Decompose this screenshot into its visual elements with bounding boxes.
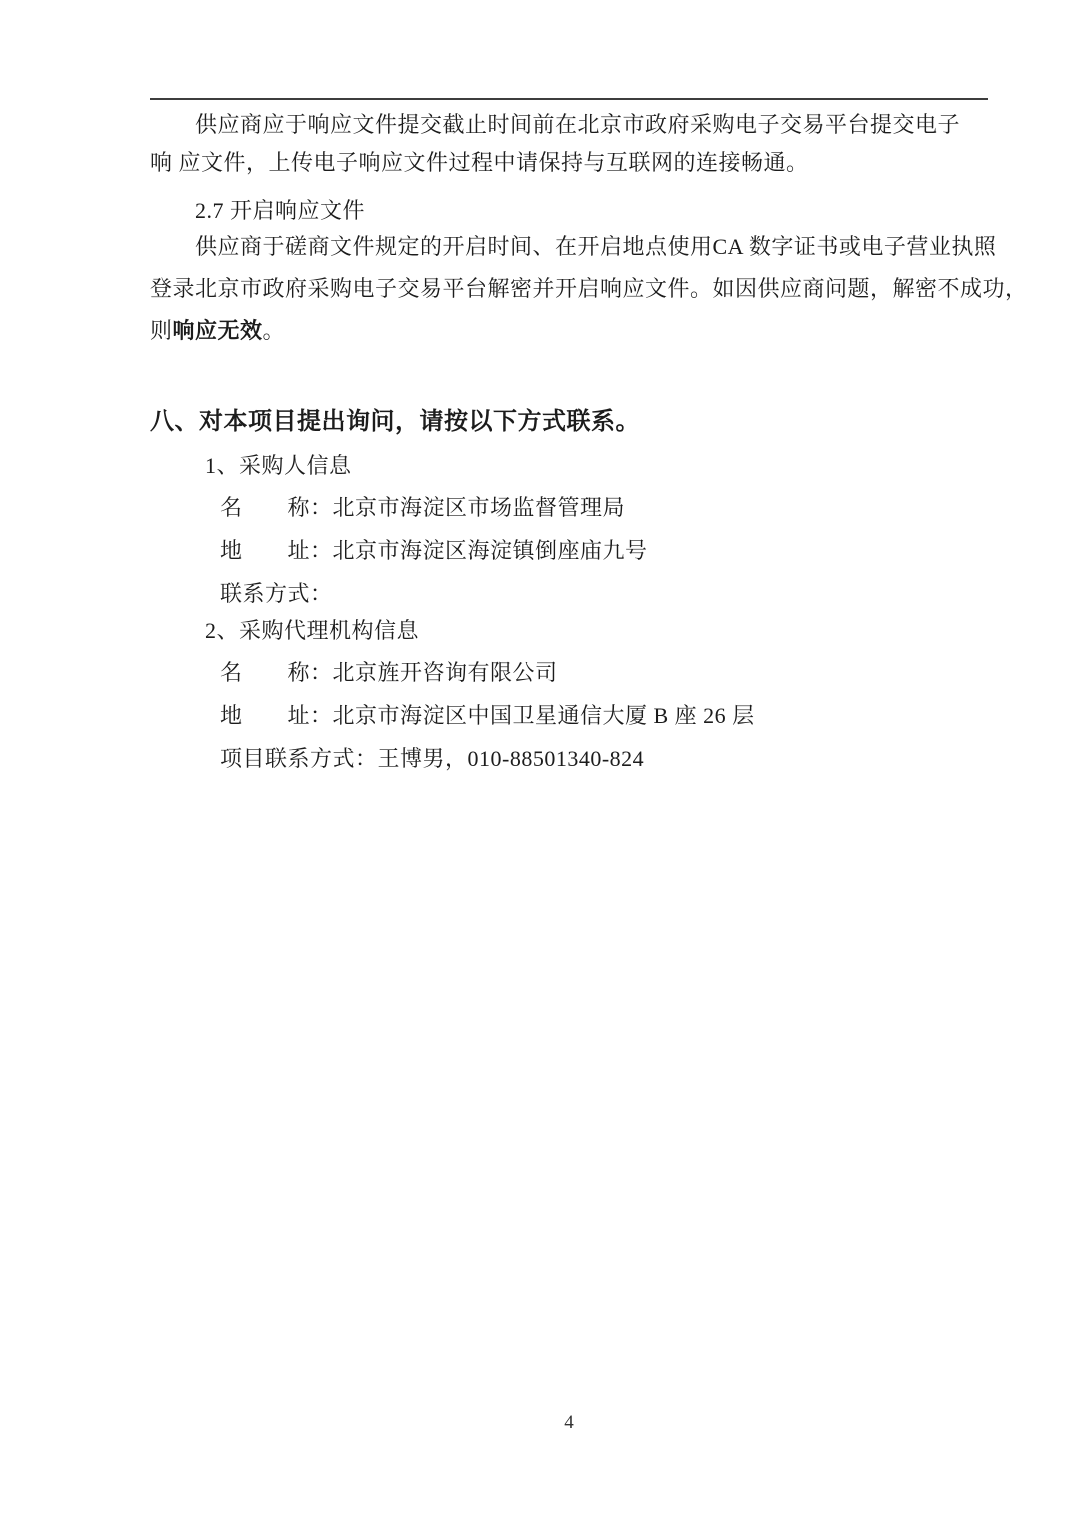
section-2-7-title: 2.7 开启响应文件 xyxy=(150,196,988,226)
purchaser-info-block: 1、采购人信息 名 称：北京市海淀区市场监督管理局 地 址：北京市海淀区海淀镇倒… xyxy=(150,454,988,607)
purchaser-address-line: 地 址：北京市海淀区海淀镇倒座庙九号 xyxy=(150,538,988,564)
section-2-7-line1: 供应商于磋商文件规定的开启时间、在开启地点使用CA 数字证书或电子营业执照 xyxy=(150,226,988,268)
section-2-7-line3-prefix: 则 xyxy=(150,318,173,343)
agency-info-block: 2、采购代理机构信息 名 称：北京旌开咨询有限公司 地 址：北京市海淀区中国卫星… xyxy=(150,619,988,772)
document-page: 供应商应于响应文件提交截止时间前在北京市政府采购电子交易平台提交电子 响 应文件… xyxy=(0,0,1080,1527)
purchaser-info-title: 1、采购人信息 xyxy=(150,454,988,478)
page-number: 4 xyxy=(150,1412,988,1434)
agency-name-line: 名 称：北京旌开咨询有限公司 xyxy=(150,660,988,686)
section-2-7-line3-bold: 响应无效 xyxy=(173,318,263,343)
section-2-7: 2.7 开启响应文件 供应商于磋商文件规定的开启时间、在开启地点使用CA 数字证… xyxy=(150,196,988,352)
purchaser-contact-line: 联系方式： xyxy=(150,581,988,607)
page-content: 供应商应于响应文件提交截止时间前在北京市政府采购电子交易平台提交电子 响 应文件… xyxy=(150,98,988,772)
paragraph-submit-line2: 响 应文件，上传电子响应文件过程中请保持与互联网的连接畅通。 xyxy=(150,144,988,182)
agency-contact-line: 项目联系方式：王博男，010-88501340-824 xyxy=(150,746,988,772)
paragraph-submit: 供应商应于响应文件提交截止时间前在北京市政府采购电子交易平台提交电子 响 应文件… xyxy=(150,106,988,182)
section-2-7-line3: 则响应无效。 xyxy=(150,310,988,352)
header-divider-rule xyxy=(150,98,988,100)
agency-info-title: 2、采购代理机构信息 xyxy=(150,619,988,643)
purchaser-name-line: 名 称：北京市海淀区市场监督管理局 xyxy=(150,495,988,521)
agency-address-line: 地 址：北京市海淀区中国卫星通信大厦 B 座 26 层 xyxy=(150,703,988,729)
paragraph-submit-line1: 供应商应于响应文件提交截止时间前在北京市政府采购电子交易平台提交电子 xyxy=(150,106,988,144)
section-2-7-line2: 登录北京市政府采购电子交易平台解密并开启响应文件。如因供应商问题，解密不成功， xyxy=(150,268,988,310)
section-8-heading: 八、对本项目提出询问，请按以下方式联系。 xyxy=(150,402,988,442)
section-2-7-line3-suffix: 。 xyxy=(263,318,286,343)
